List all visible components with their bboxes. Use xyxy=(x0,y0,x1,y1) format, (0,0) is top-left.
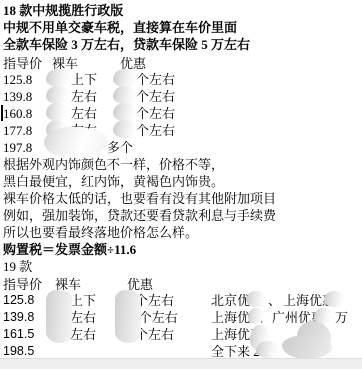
unit-wan: 万 xyxy=(335,310,348,325)
city-separator: 、 xyxy=(268,293,281,308)
discount-fragment: 多个 xyxy=(107,140,133,155)
text-cursor xyxy=(1,105,3,121)
note-final-price: 所以也要看最终落地价格怎么样。 xyxy=(0,225,198,241)
redaction-smudge xyxy=(46,103,68,121)
table2-header: 指导价 裸车 优惠 xyxy=(0,277,13,293)
bare-car-fragment: 上下 xyxy=(71,72,97,87)
guide-price-value: 125.8 xyxy=(3,72,32,87)
guide-price-value: 139.8 xyxy=(3,310,34,325)
bottom-strip xyxy=(0,358,362,369)
table-row: 139.8 左右 个左右 xyxy=(0,89,13,105)
note-color-cheapest: 黑白最便宜，红内饰，黄褐色内饰贵。 xyxy=(0,174,224,190)
guide-price-value: 198.5 xyxy=(3,344,34,359)
table-row: 197.8 多个 xyxy=(0,140,13,156)
redaction-smudge xyxy=(113,86,137,104)
guide-price-value: 161.5 xyxy=(3,327,34,342)
document-page[interactable]: 18 款中规揽胜行政版 中规不用单交豪车税，直接算在车价里面 全款车保险 3 万… xyxy=(0,0,362,369)
guide-price-value: 177.8 xyxy=(3,123,32,138)
bare-car-fragment: 左右 xyxy=(71,106,97,121)
redaction-smudge xyxy=(256,341,280,358)
table-row: 125.8 上下 个左右 xyxy=(0,72,13,88)
guide-price-value: 125.8 xyxy=(3,293,34,308)
redaction-smudge xyxy=(46,86,70,104)
col-guide-price: 指导价 xyxy=(3,56,42,71)
note-color-pricing: 根据外观内饰颜色不一样，价格不等， xyxy=(0,157,224,173)
guide-price-value: 197.8 xyxy=(3,140,32,155)
discount-fragment: 个左右 xyxy=(136,89,175,104)
bare-car-fragment: 左右 xyxy=(70,327,96,342)
guide-price-value: 139.8 xyxy=(3,89,32,104)
redaction-smudge xyxy=(46,290,72,343)
section2-title: 19 款 xyxy=(0,259,32,275)
redaction-smudge xyxy=(324,291,346,307)
redaction-smudge xyxy=(46,69,71,87)
bare-car-fragment: 上下 xyxy=(70,293,96,308)
table-row: 125.8 上下 个左右 北京优惠 、 上海优惠 xyxy=(0,293,13,309)
table-row: 139.8 左右 0 个左右 上海优惠 广州优惠 万 xyxy=(0,310,13,326)
redaction-smudge xyxy=(246,291,267,307)
redaction-smudge xyxy=(44,127,108,158)
discount-fragment: 个左右 xyxy=(136,106,175,121)
redaction-smudge xyxy=(115,290,141,343)
intro-line-insurance: 全款车保险 3 万左右，贷款车保险 5 万左右 xyxy=(0,37,250,53)
redaction-smudge xyxy=(113,103,137,121)
redaction-smudge xyxy=(282,335,332,359)
redaction-smudge xyxy=(113,120,137,138)
note-loan-fees: 例如，强加装饰，贷款还要看贷款利息与手续费 xyxy=(0,208,276,224)
guide-price-value: 160.8 xyxy=(3,106,32,121)
bare-car-fragment: 左右 xyxy=(70,310,96,325)
discount-fragment: 个左右 xyxy=(136,72,175,87)
redaction-smudge xyxy=(113,69,137,87)
doc-title: 18 款中规揽胜行政版 xyxy=(0,3,123,19)
note-addons: 裸车价格太低的话，也要看有没有其他附加项目 xyxy=(0,191,276,207)
tax-formula: 购置税＝发票金额÷11.6 xyxy=(0,242,136,258)
bare-car-fragment: 左右 xyxy=(71,89,97,104)
table-row: 177.8 左右 个左右 xyxy=(0,123,13,139)
discount-fragment: 个左右 xyxy=(136,123,175,138)
col-guide-price: 指导价 xyxy=(3,277,42,292)
intro-line-tax: 中规不用单交豪车税，直接算在车价里面 xyxy=(0,20,237,36)
table-row: 161.5 左右 个左右 上海优惠 xyxy=(0,327,13,343)
table1-header: 指导价 裸车 优惠 xyxy=(0,56,13,72)
